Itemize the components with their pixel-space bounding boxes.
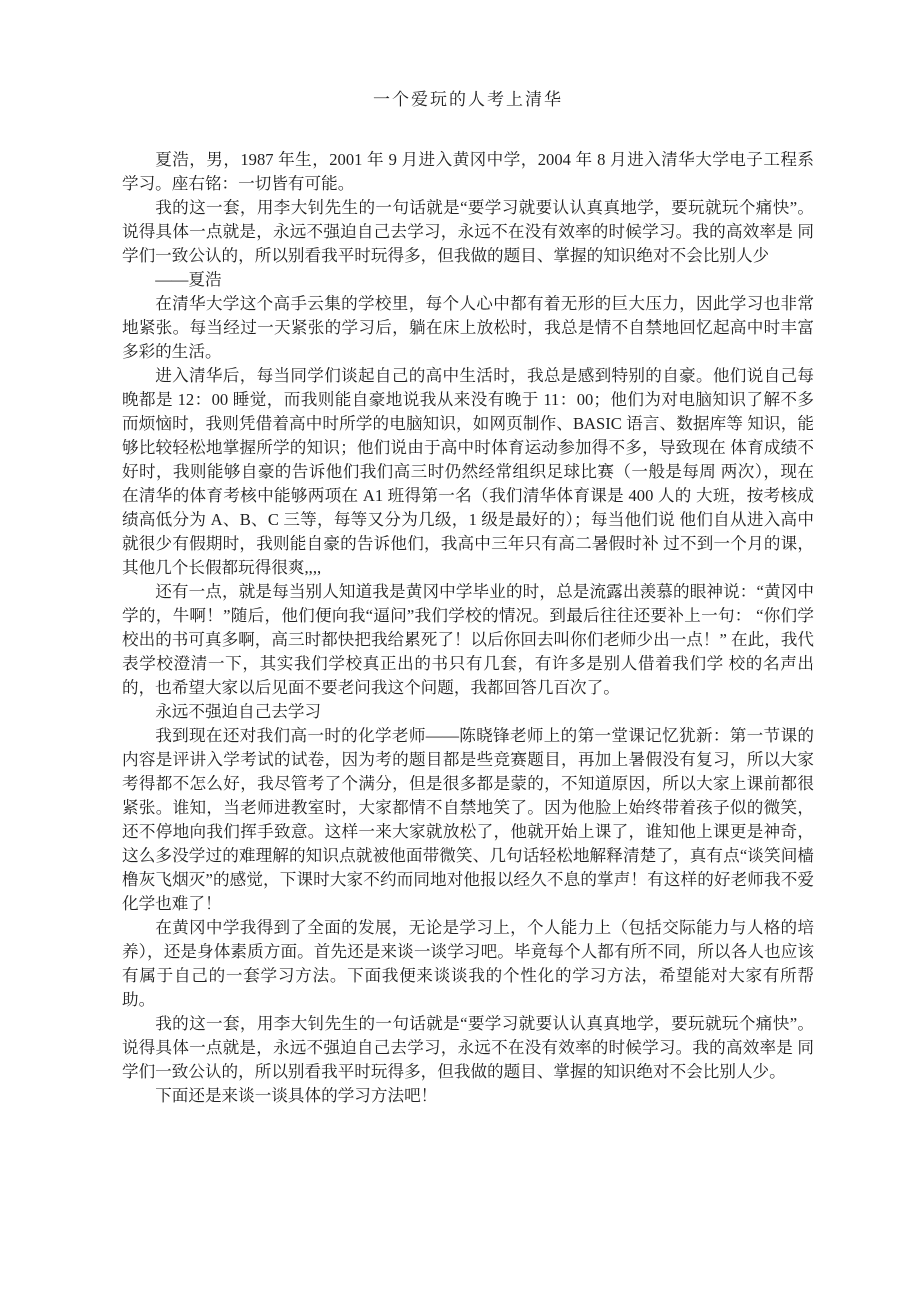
paragraph-huanggang-books: 还有一点，就是每当别人知道我是黄冈中学毕业的时，总是流露出羡慕的眼神说：“黄冈中… <box>122 580 814 700</box>
document-page: 一个爱玩的人考上清华 夏浩，男，1987 年生，2001 年 9 月进入黄冈中学… <box>0 0 920 1302</box>
paragraph-tsinghua-pressure: 在清华大学这个高手云集的学校里，每个人心中都有着无形的巨大压力，因此学习也非常地… <box>122 292 814 364</box>
document-title: 一个爱玩的人考上清华 <box>122 88 814 112</box>
paragraph-closing: 下面还是来谈一谈具体的学习方法吧！ <box>122 1084 814 1108</box>
paragraph-high-school-pride: 进入清华后，每当同学们谈起自己的高中生活时，我总是感到特别的自豪。他们说自己每晚… <box>122 364 814 580</box>
paragraph-chemistry-teacher: 我到现在还对我们高一时的化学老师——陈晓锋老师上的第一堂课记忆犹新：第一节课的内… <box>122 724 814 916</box>
paragraph-quote: 我的这一套，用李大钊先生的一句话就是“要学习就要认认真真地学，要玩就玩个痛快”。… <box>122 196 814 268</box>
paragraph-signature: ——夏浩 <box>122 268 814 292</box>
paragraph-quote-repeat: 我的这一套，用李大钊先生的一句话就是“要学习就要认认真真地学，要玩就玩个痛快”。… <box>122 1012 814 1084</box>
paragraph-all-round-development: 在黄冈中学我得到了全面的发展，无论是学习上，个人能力上（包括交际能力与人格的培养… <box>122 916 814 1012</box>
document-content: 一个爱玩的人考上清华 夏浩，男，1987 年生，2001 年 9 月进入黄冈中学… <box>0 0 920 1108</box>
paragraph-intro: 夏浩，男，1987 年生，2001 年 9 月进入黄冈中学，2004 年 8 月… <box>122 148 814 196</box>
section-heading-never-force-study: 永远不强迫自己去学习 <box>122 700 814 724</box>
